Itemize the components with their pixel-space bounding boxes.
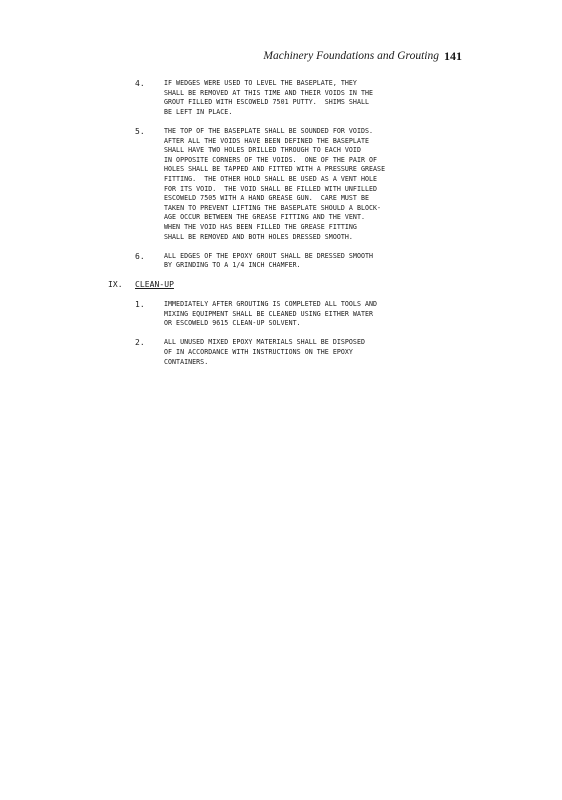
section-number: IX. [108,280,123,290]
text-line: Escoweld 7505 with a hand grease gun. Ca… [164,194,562,204]
text-line: fitting. The other hold shall be used as… [164,175,562,185]
list-item-2: 2. All unused mixed epoxy materials shal… [0,338,562,367]
text-line: containers. [164,358,562,368]
text-line: All unused mixed epoxy materials shall b… [164,338,562,348]
item-text: All edges of the epoxy grout shall be dr… [164,252,562,271]
text-line: The top of the baseplate shall be sounde… [164,127,562,137]
text-line: for its void. The void shall be filled w… [164,185,562,195]
text-line: of in accordance with instructions on th… [164,348,562,358]
item-number: 5. [135,127,145,137]
text-line: When the void has been filled the grease… [164,223,562,233]
list-item-4: 4. If wedges were used to level the base… [0,79,562,117]
item-text: All unused mixed epoxy materials shall b… [164,338,562,367]
text-line: shall be removed and both holes dressed … [164,233,562,243]
text-line: mixing equipment shall be cleaned using … [164,310,562,320]
section-heading: IX. Clean-up [0,280,562,290]
item-number: 6. [135,252,145,262]
text-line: be left in place. [164,108,562,118]
item-text: Immediately after grouting is completed … [164,300,562,329]
list-item-6: 6. All edges of the epoxy grout shall be… [0,252,562,271]
text-line: shall have two holes drilled through to … [164,146,562,156]
list-item-5: 5. The top of the baseplate shall be sou… [0,127,562,242]
list-item-1: 1. Immediately after grouting is complet… [0,300,562,329]
text-line: holes shall be tapped and fitted with a … [164,165,562,175]
text-line: by grinding to a 1/4 inch chamfer. [164,261,562,271]
item-number: 2. [135,338,145,348]
text-line: taken to prevent lifting the baseplate s… [164,204,562,214]
item-number: 1. [135,300,145,310]
running-head: Machinery Foundations and Grouting 141 [0,49,562,63]
item-number: 4. [135,79,145,89]
text-line: After all the voids have been defined th… [164,137,562,147]
item-text: The top of the baseplate shall be sounde… [164,127,562,242]
text-line: shall be removed at this time and their … [164,89,562,99]
text-line: in opposite corners of the voids. One of… [164,156,562,166]
text-line: age occur between the grease fitting and… [164,213,562,223]
running-title: Machinery Foundations and Grouting [263,49,439,63]
page-body: 4. If wedges were used to level the base… [0,79,562,377]
page-number: 141 [444,49,462,63]
text-line: Immediately after grouting is completed … [164,300,562,310]
section-title: Clean-up [135,280,174,290]
item-text: If wedges were used to level the basepla… [164,79,562,117]
text-line: grout filled with Escoweld 7501 Putty. S… [164,98,562,108]
text-line: All edges of the epoxy grout shall be dr… [164,252,562,262]
text-line: If wedges were used to level the basepla… [164,79,562,89]
text-line: or Escoweld 9615 Clean-up Solvent. [164,319,562,329]
